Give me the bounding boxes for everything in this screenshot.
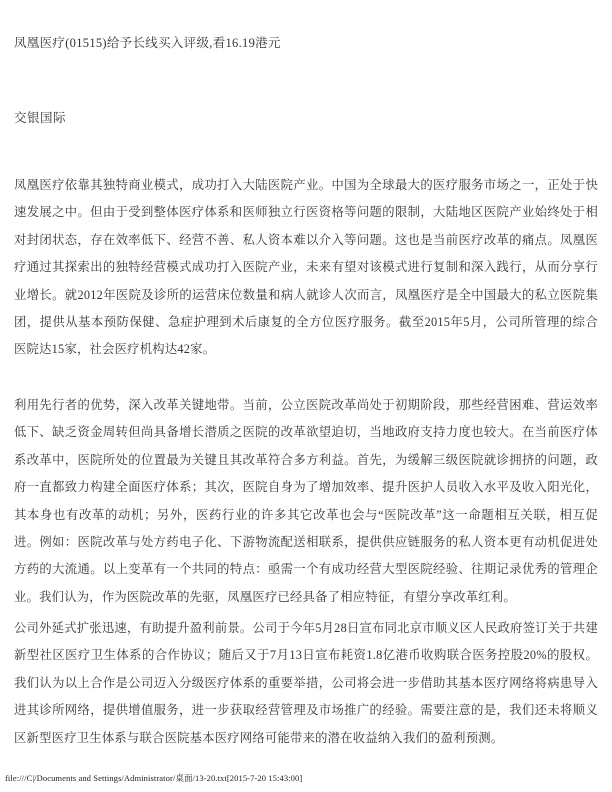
file-path-footer: file:///C|/Documents and Settings/Admini… [5,772,605,784]
document-page: 凤凰医疗(01515)给予长线买入评级,看16.19港元 交银国际 凤凰医疗依靠… [0,0,612,792]
source-name: 交银国际 [14,108,598,126]
paragraph-expansion-outlook: 公司外延式扩张迅速，有助提升盈利前景。公司于今年5月28日宣布同北京市顺义区人民… [14,615,598,752]
paragraph-company-overview: 凤凰医疗依靠其独特商业模式，成功打入大陆医院产业。中国为全球最大的医疗服务市场之… [14,172,598,364]
document-title: 凤凰医疗(01515)给予长线买入评级,看16.19港元 [14,33,598,51]
paragraph-reform-analysis: 利用先行者的优势，深入改革关键地带。当前，公立医院改革尚处于初期阶段，那些经营困… [14,392,598,611]
